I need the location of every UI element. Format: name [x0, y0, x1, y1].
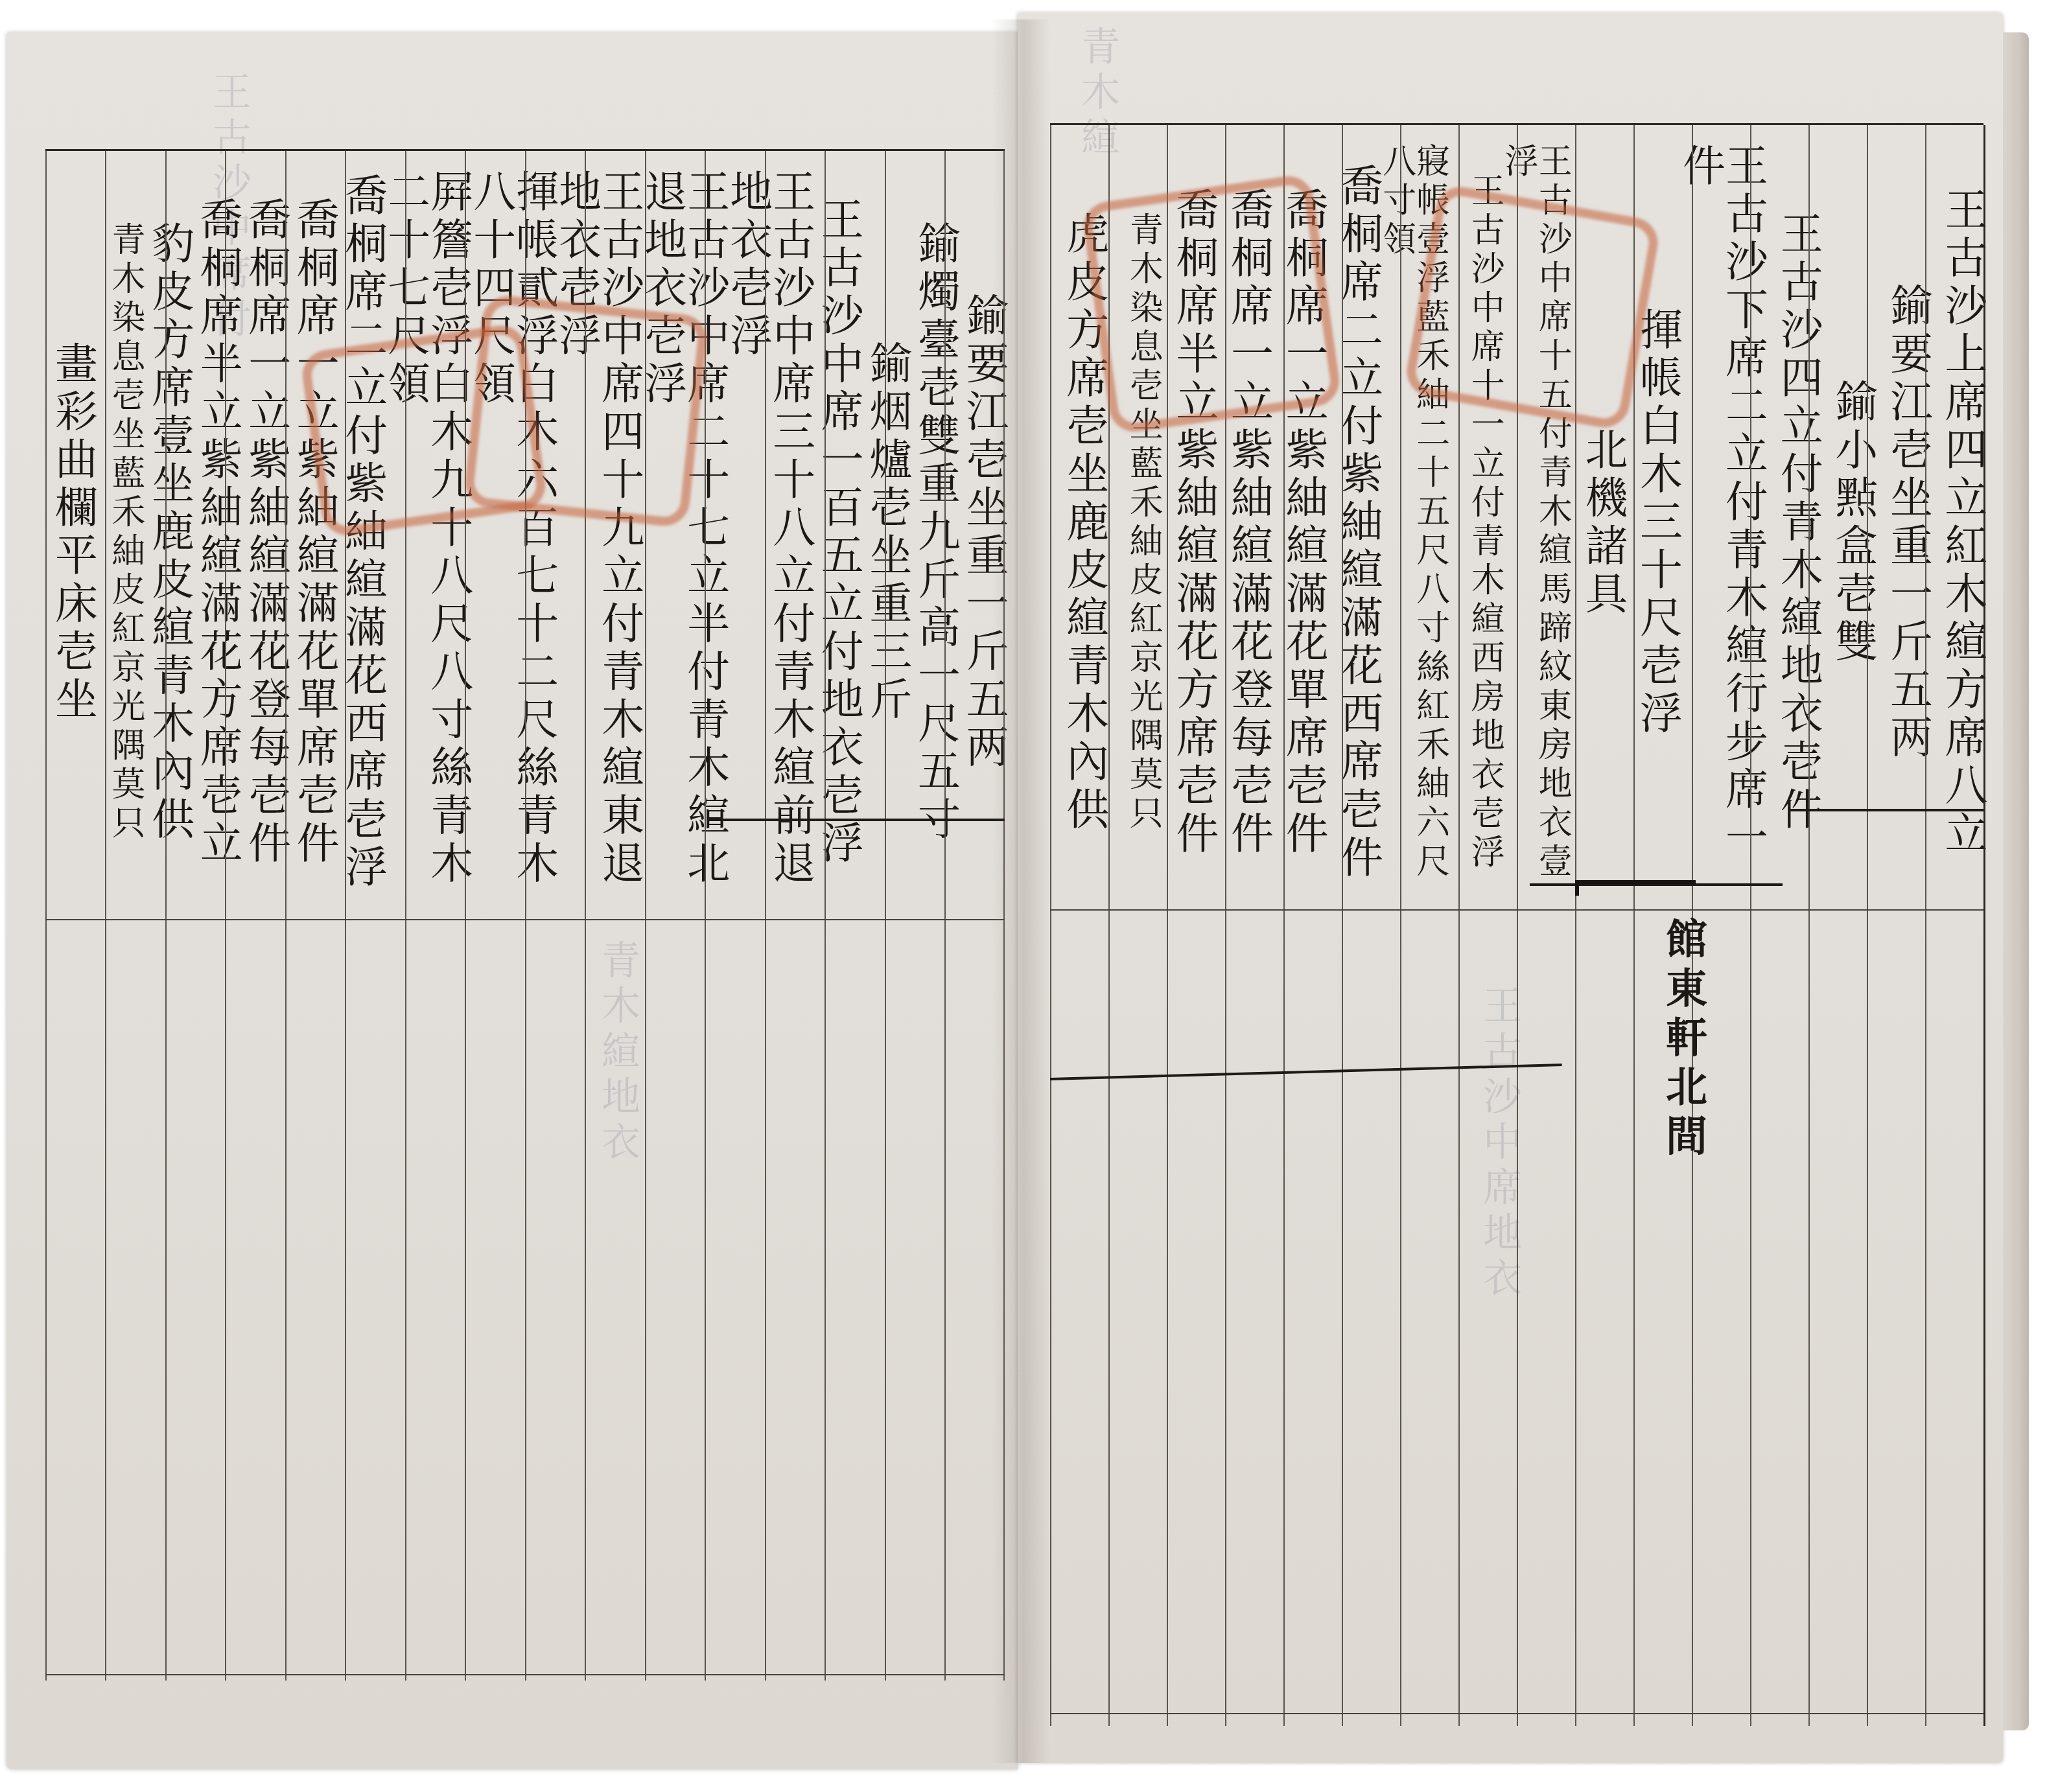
- rule-line-horizontal: [45, 919, 1005, 920]
- ledger-entry: 揮帳白木三十尺壱浮: [1624, 125, 1679, 903]
- rule-line: [765, 151, 766, 1681]
- ledger-entry: 喬桐席一立紫紬縇滿花單席壱件: [287, 151, 336, 896]
- rule-line: [1050, 125, 1051, 1726]
- entry-text: 鍮燭臺壱雙重九斤高一尺五寸: [913, 221, 956, 844]
- rule-line: [1808, 125, 1810, 1726]
- rule-line: [1633, 125, 1635, 1726]
- ledger-entry: 鍮要江壱坐重一斤五两: [1874, 125, 1929, 903]
- rule-line: [705, 151, 706, 1681]
- rule-line: [1458, 125, 1460, 1726]
- ledger-entry: 王古沙中席二十七立半付青木縇北退地衣壱浮: [640, 151, 726, 896]
- entry-text: 王古沙中席三十八立付青木縇前退地衣壱浮: [726, 169, 812, 896]
- ledger-entry: 喬桐席二立付紫紬縇滿花西席壱件: [1324, 125, 1379, 903]
- rule-line: [1342, 125, 1343, 1726]
- rule-line: [1575, 125, 1576, 1726]
- ledger-entry: 鍮燭臺壱雙重九斤高一尺五寸: [908, 151, 957, 896]
- rule-line: [1108, 125, 1110, 1726]
- section-underline: [707, 819, 1005, 821]
- entry-text: 喬桐席半立紫紬縇滿花方席壱立: [196, 197, 239, 868]
- section-bracket: [1575, 880, 1696, 896]
- ledger-entry: 虎皮方席壱坐鹿皮縇青木內供: [1050, 125, 1105, 903]
- entry-text: 王古沙中席四十九立付青木縇東退地衣壱浮: [555, 169, 640, 896]
- rule-line: [1167, 125, 1168, 1726]
- rule-line: [105, 151, 106, 1681]
- ledger-entry: 王古沙中席四十九立付青木縇東退地衣壱浮: [555, 151, 640, 896]
- rule-line-horizontal: [45, 1674, 1005, 1675]
- entry-text: 鍮烟爐壱坐重三斤: [865, 341, 908, 725]
- ledger-entry: 青木染息壱坐藍禾紬皮紅京光隅莫只: [1105, 125, 1160, 903]
- left-ruled-grid: 鍮要江壱坐重一斤五两 鍮燭臺壱雙重九斤高一尺五寸 鍮烟爐壱坐重三斤 王古沙中席一…: [45, 149, 1005, 1681]
- entry-text: 青木染息壱坐藍禾紬皮紅京光隅莫只: [108, 222, 142, 844]
- entry-text: 寢帳壹浮藍禾紬二十五尺八寸絲紅禾紬六尺八寸領: [1379, 143, 1447, 903]
- ledger-entry: 北機諸具: [1569, 125, 1624, 903]
- rule-line: [465, 151, 466, 1681]
- rule-line: [1983, 125, 1985, 1726]
- ledger-entry: 鍮小㸃盒壱雙: [1819, 125, 1874, 903]
- rule-line: [645, 151, 646, 1681]
- entry-text: 王古沙中席一百五立付地衣壱浮: [817, 197, 860, 868]
- rule-line: [525, 151, 526, 1681]
- ledger-entry: 鍮烟爐壱坐重三斤: [860, 151, 908, 896]
- entry-text: 喬桐席半立紫紬縇滿花方席壱件: [1172, 187, 1215, 859]
- ledger-entry: 喬桐席半立紫紬縇滿花方席壱立: [191, 151, 239, 896]
- entry-text: 鍮要江壱坐重一斤五两: [962, 293, 1005, 773]
- ledger-entry: 屛簷壱浮白木九十八尺八寸絲青木二十七尺領: [384, 151, 469, 896]
- entry-text: 王古沙中席十一立付青木縇西房地衣壱浮: [1468, 173, 1501, 873]
- rule-line: [1517, 125, 1518, 1726]
- section-underline: [1789, 809, 1983, 811]
- rule-line: [225, 151, 226, 1681]
- ledger-entry: 喬桐席二立付紫紬縇滿花西席壱浮: [335, 151, 384, 896]
- entry-text: 揮帳白木三十尺壱浮: [1636, 307, 1679, 739]
- ledger-entry: 喬桐席一立紫紬縇滿花登每壱件: [239, 151, 287, 896]
- rule-line: [1400, 125, 1401, 1726]
- rule-line: [944, 151, 946, 1681]
- ledger-entry: 揮帳貳浮白木六百七十二尺絲青木八十四尺領: [469, 151, 555, 896]
- right-ruled-grid: 王古沙上席四立紅木縇方席八立 鍮要江壱坐重一斤五两 鍮小㸃盒壱雙 王古沙四立付青…: [1050, 123, 1983, 1726]
- rule-line: [1003, 151, 1005, 1681]
- open-book: 王古沙中席付 青木縇地衣 鍮要江壱坐重一斤五两 鍮燭臺壱雙重九斤高一尺五寸 鍮烟…: [6, 13, 2029, 1782]
- entry-text: 青木染息壱坐藍禾紬皮紅京光隅莫只: [1126, 212, 1160, 834]
- ledger-entry: 喬桐席一立紫紬縇滿花登每壱件: [1215, 125, 1270, 903]
- entry-text: 鍮要江壱坐重一斤五两: [1886, 283, 1928, 763]
- ledger-entry: 王古沙上席四立紅木縇方席八立: [1928, 125, 1983, 903]
- entry-text: 喬桐席一立紫紬縇滿花單席壱件: [1281, 187, 1324, 859]
- ledger-entry: 喬桐席一立紫紬縇滿花單席壱件: [1270, 125, 1325, 903]
- rule-line: [885, 151, 886, 1681]
- entry-text: 揮帳貳浮白木六百七十二尺絲青木八十四尺領: [469, 169, 555, 896]
- entry-text: 王古沙中席十五付青木縇馬蹄紋東房地衣壹浮: [1501, 143, 1569, 903]
- rule-line: [1925, 125, 1926, 1726]
- left-page: 王古沙中席付 青木縇地衣 鍮要江壱坐重一斤五两 鍮燭臺壱雙重九斤高一尺五寸 鍮烟…: [6, 32, 1018, 1769]
- rule-line: [1867, 125, 1868, 1726]
- entry-text: 北機諸具: [1581, 427, 1624, 619]
- ledger-entry: 寢帳壹浮藍禾紬二十五尺八寸絲紅禾紬六尺八寸領: [1379, 125, 1447, 903]
- rule-line: [405, 151, 406, 1681]
- entry-text: 喬桐席一立紫紬縇滿花登每壱件: [1227, 187, 1270, 859]
- ledger-entry: 王古沙中席十一立付青木縇西房地衣壱浮: [1447, 125, 1502, 903]
- right-page: 青木縇 王古沙中席地衣 王古沙上席四立紅木縇方席八立 鍮要江壱坐重一斤五两 鍮小…: [1018, 13, 2003, 1763]
- entry-text: 王古沙中席二十七立半付青木縇北退地衣壱浮: [640, 169, 726, 896]
- entry-text: 喬桐席二立付紫紬縇滿花西席壱浮: [341, 173, 384, 892]
- entry-text: 王古沙四立付青木縇地衣壱件: [1776, 211, 1819, 835]
- ledger-entry: 鍮要江壱坐重一斤五两: [956, 151, 1005, 896]
- ledger-entry: 王古沙中席一百五立付地衣壱浮: [812, 151, 860, 896]
- entry-text: 豹皮方席壹坐鹿皮縇青木內供: [148, 221, 191, 844]
- rule-line: [585, 151, 586, 1681]
- rule-line: [1225, 125, 1226, 1726]
- entry-text: 虎皮方席壱坐鹿皮縇青木內供: [1062, 211, 1105, 835]
- rule-line-horizontal: [1050, 909, 1983, 911]
- section-underline: [1050, 1064, 1562, 1080]
- ledger-entry: 王古沙中席十五付青木縇馬蹄紋東房地衣壹浮: [1501, 125, 1569, 903]
- rule-line: [825, 151, 826, 1681]
- entry-text: 喬桐席一立紫紬縇滿花單席壱件: [292, 197, 335, 868]
- rule-line: [345, 151, 346, 1681]
- rule-line-horizontal: [1050, 1713, 1983, 1714]
- entry-text: 喬桐席一立紫紬縇滿花登每壱件: [244, 197, 287, 868]
- rule-line: [1283, 125, 1285, 1726]
- section-label: 館東軒北間: [1653, 917, 1713, 1163]
- entry-text: 王古沙上席四立紅木縇方席八立: [1941, 187, 1983, 859]
- entry-text: 畫彩曲欄平床壱坐: [51, 341, 94, 725]
- ledger-entry: 青木染息壱坐藍禾紬皮紅京光隅莫只: [94, 151, 143, 896]
- ledger-entry: 王古沙中席三十八立付青木縇前退地衣壱浮: [726, 151, 812, 896]
- entry-text: 屛簷壱浮白木九十八尺八寸絲青木二十七尺領: [384, 169, 469, 896]
- rule-line: [165, 151, 167, 1681]
- rule-line: [45, 151, 47, 1681]
- ledger-entry: 王古沙四立付青木縇地衣壱件: [1764, 125, 1819, 903]
- rule-line: [285, 151, 287, 1681]
- ledger-entry: 畫彩曲欄平床壱坐: [45, 151, 94, 896]
- rule-line: [1750, 125, 1751, 1726]
